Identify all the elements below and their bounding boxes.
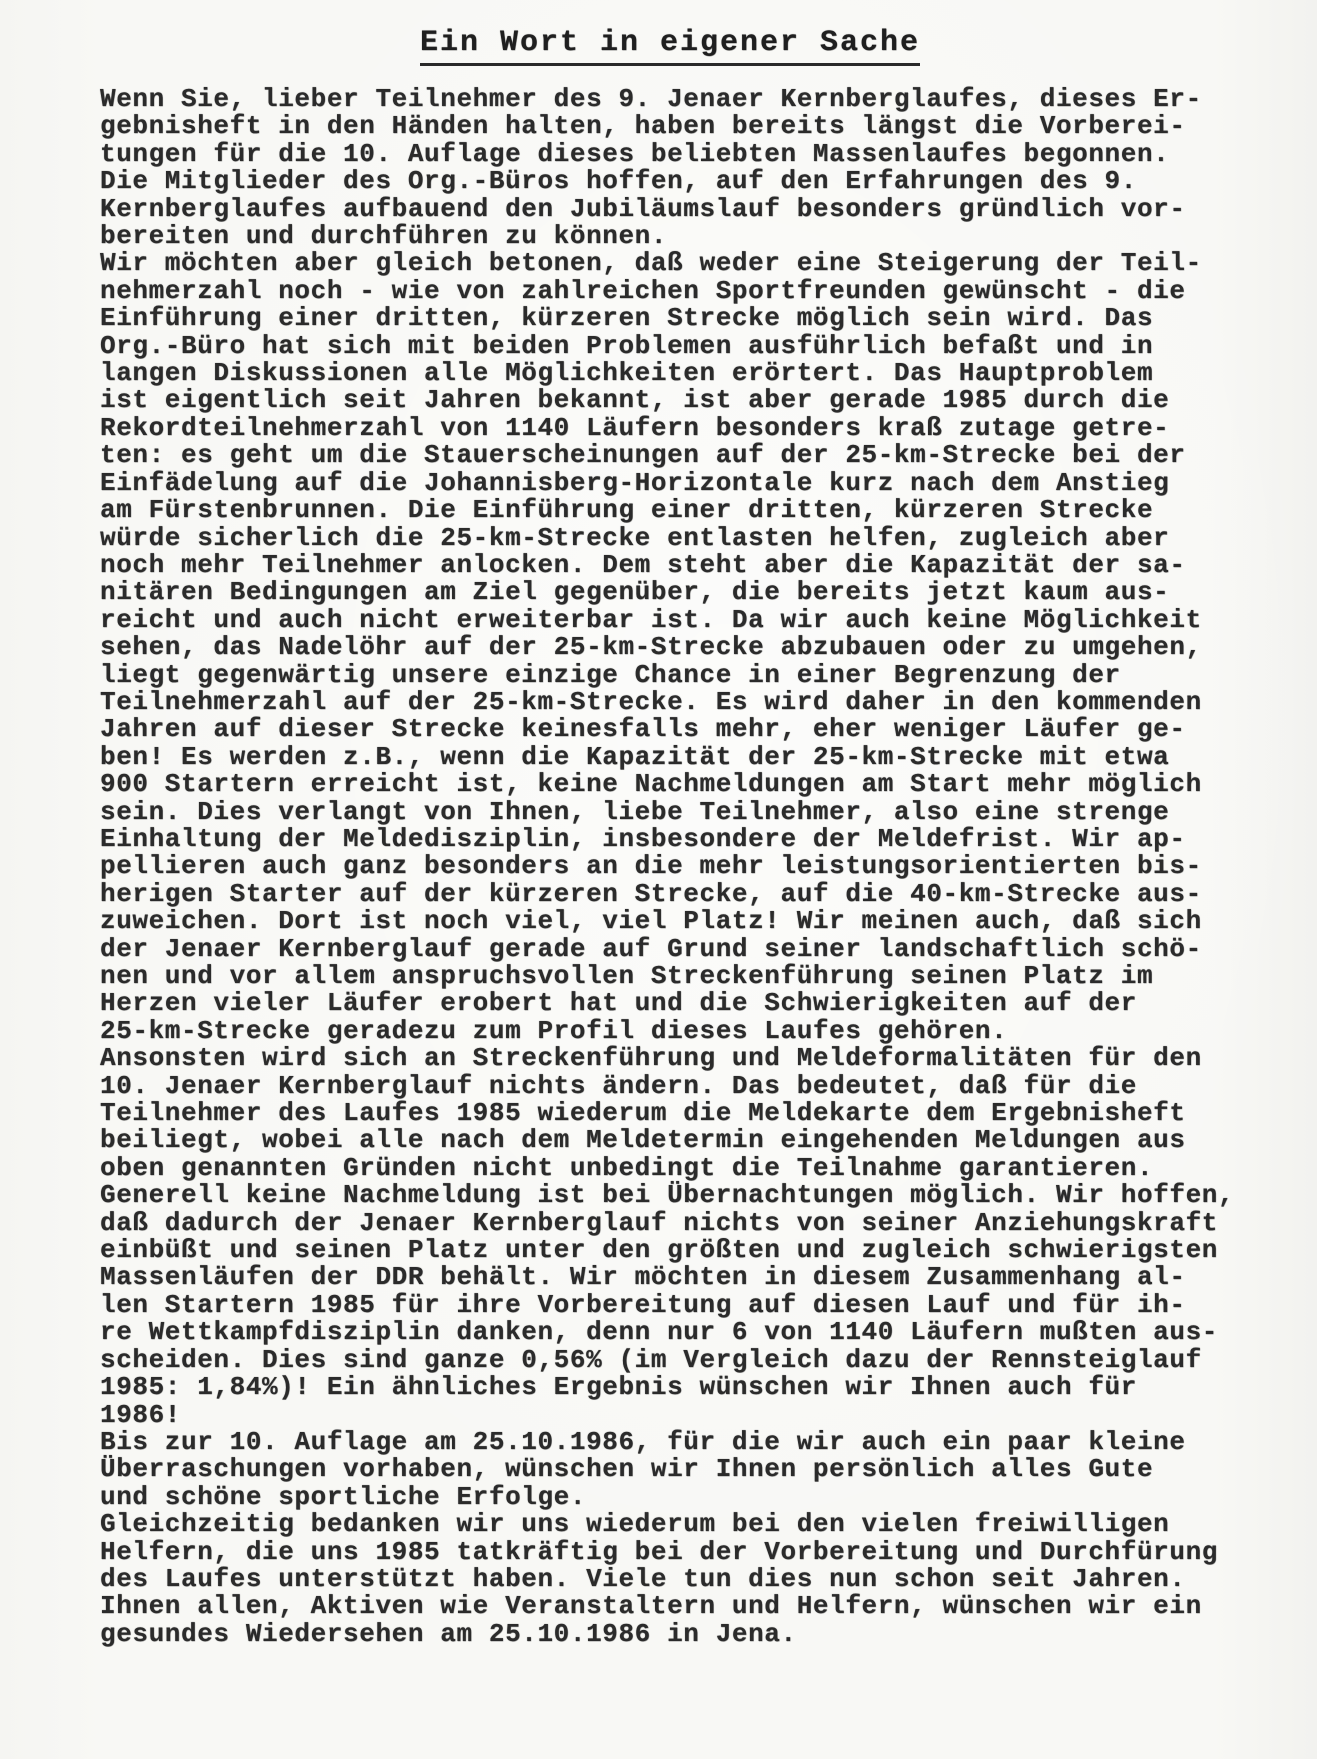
- text-line: ten: es geht um die Stauerscheinungen au…: [100, 442, 1280, 469]
- text-line: Teilnehmer des Laufes 1985 wiederum die …: [100, 1100, 1280, 1127]
- text-line: noch mehr Teilnehmer anlocken. Dem steht…: [100, 552, 1280, 579]
- text-line: Teilnehmerzahl auf der 25-km-Strecke. Es…: [100, 689, 1280, 716]
- text-line: Überraschungen vorhaben, wünschen wir Ih…: [100, 1456, 1280, 1483]
- text-line: 1985: 1,84%)! Ein ähnliches Ergebnis wün…: [100, 1374, 1280, 1401]
- text-line: der Jenaer Kernberglauf gerade auf Grund…: [100, 936, 1280, 963]
- text-line: Jahren auf dieser Strecke keinesfalls me…: [100, 716, 1280, 743]
- text-line: nitären Bedingungen am Ziel gegenüber, d…: [100, 579, 1280, 606]
- text-line: langen Diskussionen alle Möglichkeiten e…: [100, 360, 1280, 387]
- text-line: reicht und auch nicht erweiterbar ist. D…: [100, 607, 1280, 634]
- text-line: Bis zur 10. Auflage am 25.10.1986, für d…: [100, 1429, 1280, 1456]
- text-line: Einfädelung auf die Johannisberg-Horizon…: [100, 470, 1280, 497]
- text-line: scheiden. Dies sind ganze 0,56% (im Verg…: [100, 1347, 1280, 1374]
- text-line: liegt gegenwärtig unsere einzige Chance …: [100, 662, 1280, 689]
- text-line: Ihnen allen, Aktiven wie Veranstaltern u…: [100, 1593, 1280, 1620]
- document-body: Wenn Sie, lieber Teilnehmer des 9. Jenae…: [100, 86, 1280, 1648]
- text-line: len Startern 1985 für ihre Vorbereitung …: [100, 1292, 1280, 1319]
- text-line: bereiten und durchführen zu können.: [100, 223, 1280, 250]
- text-line: Org.-Büro hat sich mit beiden Problemen …: [100, 333, 1280, 360]
- text-line: Kernberglaufes aufbauend den Jubiläumsla…: [100, 196, 1280, 223]
- text-line: würde sicherlich die 25-km-Strecke entla…: [100, 525, 1280, 552]
- scanned-document-page: Ein Wort in eigener Sache Wenn Sie, lieb…: [0, 0, 1317, 1759]
- text-line: Wenn Sie, lieber Teilnehmer des 9. Jenae…: [100, 86, 1280, 113]
- text-line: Einhaltung der Meldedisziplin, insbesond…: [100, 826, 1280, 853]
- text-line: beiliegt, wobei alle nach dem Meldetermi…: [100, 1127, 1280, 1154]
- text-line: nen und vor allem anspruchsvollen Streck…: [100, 963, 1280, 990]
- text-line: 900 Startern erreicht ist, keine Nachmel…: [100, 771, 1280, 798]
- text-line: einbüßt und seinen Platz unter den größt…: [100, 1237, 1280, 1264]
- text-line: am Fürstenbrunnen. Die Einführung einer …: [100, 497, 1280, 524]
- text-line: sehen, das Nadelöhr auf der 25-km-Streck…: [100, 634, 1280, 661]
- title-row: Ein Wort in eigener Sache: [100, 26, 1240, 66]
- text-line: Gleichzeitig bedanken wir uns wiederum b…: [100, 1511, 1280, 1538]
- text-line: zuweichen. Dort ist noch viel, viel Plat…: [100, 908, 1280, 935]
- text-line: gebnisheft in den Händen halten, haben b…: [100, 113, 1280, 140]
- text-line: tungen für die 10. Auflage dieses belieb…: [100, 141, 1280, 168]
- text-line: re Wettkampfdisziplin danken, denn nur 6…: [100, 1319, 1280, 1346]
- text-line: oben genannten Gründen nicht unbedingt d…: [100, 1155, 1280, 1182]
- text-line: ist eigentlich seit Jahren bekannt, ist …: [100, 387, 1280, 414]
- text-line: Rekordteilnehmerzahl von 1140 Läufern be…: [100, 415, 1280, 442]
- text-line: Helfern, die uns 1985 tatkräftig bei der…: [100, 1539, 1280, 1566]
- text-line: des Laufes unterstützt haben. Viele tun …: [100, 1566, 1280, 1593]
- text-line: Wir möchten aber gleich betonen, daß wed…: [100, 250, 1280, 277]
- text-line: Herzen vieler Läufer erobert hat und die…: [100, 990, 1280, 1017]
- page-title: Ein Wort in eigener Sache: [420, 26, 920, 66]
- text-line: 1986!: [100, 1402, 1280, 1429]
- text-line: nehmerzahl noch - wie von zahlreichen Sp…: [100, 278, 1280, 305]
- text-line: ben! Es werden z.B., wenn die Kapazität …: [100, 744, 1280, 771]
- text-line: gesundes Wiedersehen am 25.10.1986 in Je…: [100, 1621, 1280, 1648]
- text-line: pellieren auch ganz besonders an die meh…: [100, 853, 1280, 880]
- text-line: Die Mitglieder des Org.-Büros hoffen, au…: [100, 168, 1280, 195]
- text-line: herigen Starter auf der kürzeren Strecke…: [100, 881, 1280, 908]
- text-line: sein. Dies verlangt von Ihnen, liebe Tei…: [100, 799, 1280, 826]
- text-line: 10. Jenaer Kernberglauf nichts ändern. D…: [100, 1073, 1280, 1100]
- text-line: Massenläufen der DDR behält. Wir möchten…: [100, 1264, 1280, 1291]
- text-line: daß dadurch der Jenaer Kernberglauf nich…: [100, 1210, 1280, 1237]
- text-line: 25-km-Strecke geradezu zum Profil dieses…: [100, 1018, 1280, 1045]
- text-line: Ansonsten wird sich an Streckenführung u…: [100, 1045, 1280, 1072]
- text-line: und schöne sportliche Erfolge.: [100, 1484, 1280, 1511]
- text-line: Generell keine Nachmeldung ist bei Übern…: [100, 1182, 1280, 1209]
- text-line: Einführung einer dritten, kürzeren Strec…: [100, 305, 1280, 332]
